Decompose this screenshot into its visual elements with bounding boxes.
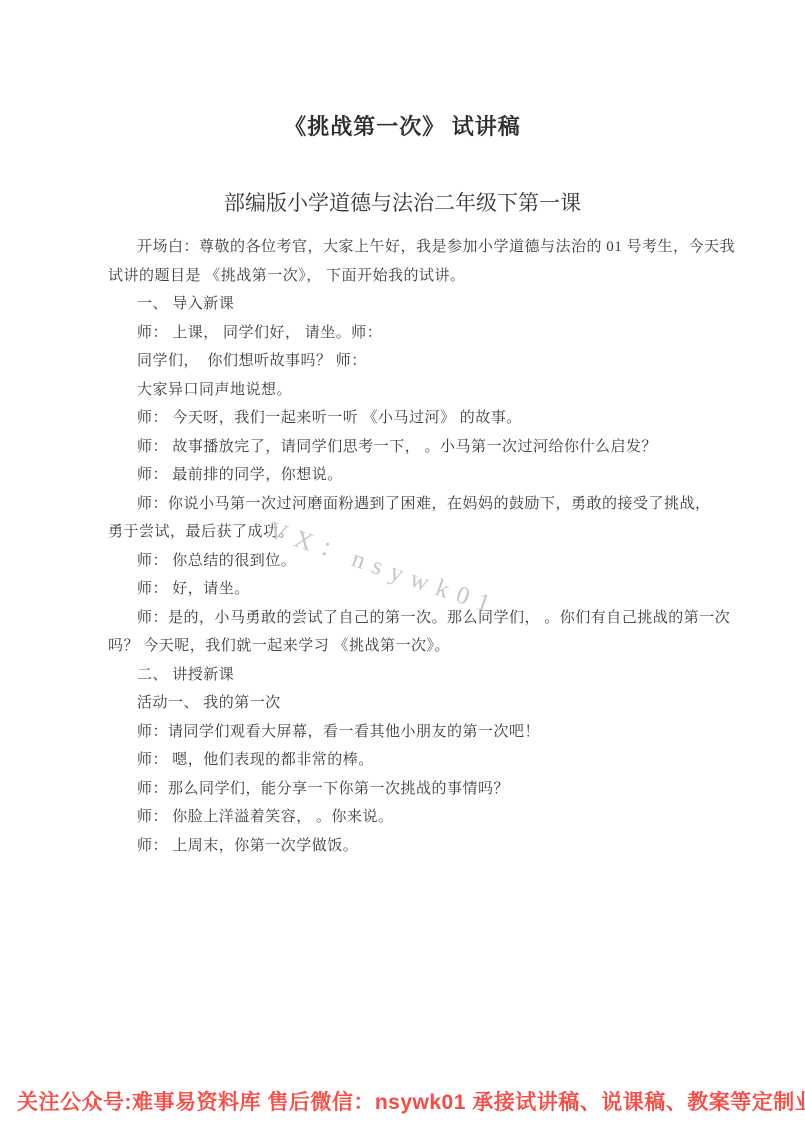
document-body: 开场白：尊敬的各位考官，大家上午好，我是参加小学道德与法治的 01 号考生，今天…: [108, 233, 708, 860]
script-line: 同学们， 你们想听故事吗？ 师：: [108, 347, 708, 376]
script-line: 试讲的题目是 《挑战第一次》， 下面开始我的试讲。: [108, 262, 708, 291]
script-line: 师： 最前排的同学，你想说。: [108, 461, 708, 490]
document-page: 《挑战第一次》 试讲稿 部编版小学道德与法治二年级下第一课 开场白：尊敬的各位考…: [0, 0, 805, 1122]
script-line: 师：那么同学们，能分享一下你第一次挑战的事情吗？: [108, 775, 708, 804]
script-line: 活动一、 我的第一次: [108, 689, 708, 718]
page-subtitle: 部编版小学道德与法治二年级下第一课: [0, 187, 805, 217]
promo-footer-text: 关注公众号:难事易资料库 售后微信：nsywk01 承接试讲稿、说课稿、教案等定…: [17, 1086, 805, 1116]
script-line: 师： 你总结的很到位。: [108, 547, 708, 576]
page-title: 《挑战第一次》 试讲稿: [0, 110, 805, 141]
script-line: 师：你说小马第一次过河磨面粉遇到了困难，在妈妈的鼓励下，勇敢的接受了挑战，: [108, 490, 708, 519]
script-line: 师： 故事播放完了，请同学们思考一下， 。小马第一次过河给你什么启发？: [108, 433, 708, 462]
script-line: 师： 上课， 同学们好， 请坐。师：: [108, 319, 708, 348]
script-line: 师： 嗯，他们表现的都非常的棒。: [108, 746, 708, 775]
script-line: 吗？ 今天呢，我们就一起来学习 《挑战第一次》。: [108, 632, 708, 661]
script-line: 师：是的，小马勇敢的尝试了自己的第一次。那么同学们， 。你们有自己挑战的第一次: [108, 604, 708, 633]
script-line: 师： 你脸上洋溢着笑容， 。你来说。: [108, 803, 708, 832]
script-line: 师： 上周末，你第一次学做饭。: [108, 832, 708, 861]
script-line: 师： 好，请坐。: [108, 575, 708, 604]
script-line: 大家异口同声地说想。: [108, 376, 708, 405]
script-line: 开场白：尊敬的各位考官，大家上午好，我是参加小学道德与法治的 01 号考生，今天…: [108, 233, 708, 262]
script-line: 二、 讲授新课: [108, 661, 708, 690]
script-line: 勇于尝试，最后获了成功。: [108, 518, 708, 547]
script-line: 师： 今天呀，我们一起来听一听 《小马过河》 的故事。: [108, 404, 708, 433]
script-line: 一、 导入新课: [108, 290, 708, 319]
script-line: 师：请同学们观看大屏幕，看一看其他小朋友的第一次吧！: [108, 718, 708, 747]
